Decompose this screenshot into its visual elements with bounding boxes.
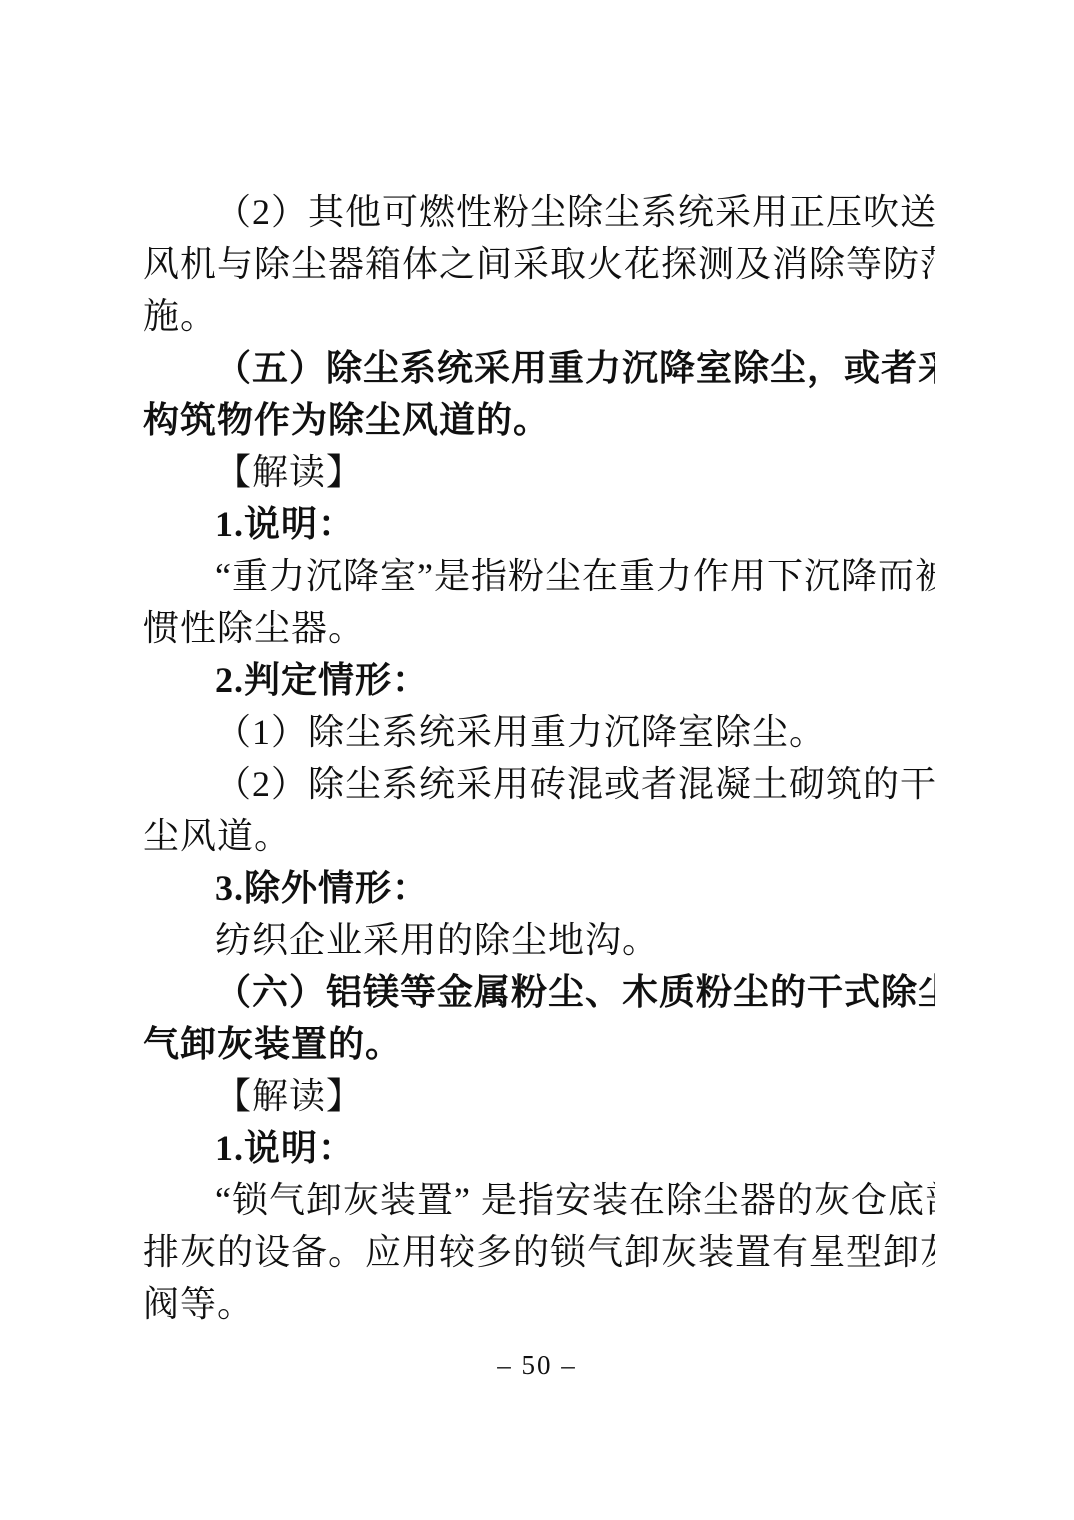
interpretation-label: 【解读】 bbox=[143, 1070, 935, 1122]
text-line: 尘风道。 bbox=[143, 810, 935, 862]
document-body: （2）其他可燃性粉尘除尘系统采用正压吹送粉尘时，未在 风机与除尘器箱体之间采取火… bbox=[143, 186, 935, 1330]
text-line: 施。 bbox=[143, 290, 935, 342]
text-line: “重力沉降室”是指粉尘在重力作用下沉降而被分离的一种 bbox=[143, 550, 935, 602]
text-line: “锁气卸灰装置” 是指安装在除尘器的灰仓底部,给除尘器 bbox=[143, 1174, 935, 1226]
interpretation-label: 【解读】 bbox=[143, 446, 935, 498]
subheading-line: 3.除外情形： bbox=[143, 862, 935, 914]
text-line: 风机与除尘器箱体之间采取火花探测及消除等防范点燃源措 bbox=[143, 238, 935, 290]
text-line: （1）除尘系统采用重力沉降室除尘。 bbox=[143, 706, 935, 758]
text-line: 阀等。 bbox=[143, 1278, 935, 1330]
document-page: （2）其他可燃性粉尘除尘系统采用正压吹送粉尘时，未在 风机与除尘器箱体之间采取火… bbox=[0, 0, 1074, 1520]
text-line: 纺织企业采用的除尘地沟。 bbox=[143, 914, 935, 966]
subheading-line: 1.说明： bbox=[143, 498, 935, 550]
page-number: – 50 – bbox=[0, 1350, 1074, 1381]
section-heading-line: 构筑物作为除尘风道的。 bbox=[143, 394, 935, 446]
subheading-line: 1.说明： bbox=[143, 1122, 935, 1174]
section-heading-line: （五）除尘系统采用重力沉降室除尘，或者采用干式巷道式 bbox=[143, 342, 935, 394]
section-heading-line: 气卸灰装置的。 bbox=[143, 1018, 935, 1070]
text-line: （2）除尘系统采用砖混或者混凝土砌筑的干式巷道作为除 bbox=[143, 758, 935, 810]
section-heading-line: （六）铝镁等金属粉尘、木质粉尘的干式除尘系统未设置锁 bbox=[143, 966, 935, 1018]
text-line: （2）其他可燃性粉尘除尘系统采用正压吹送粉尘时，未在 bbox=[143, 186, 935, 238]
text-line: 排灰的设备。应用较多的锁气卸灰装置有星型卸灰阀、双层闸板 bbox=[143, 1226, 935, 1278]
text-line: 惯性除尘器。 bbox=[143, 602, 935, 654]
subheading-line: 2.判定情形： bbox=[143, 654, 935, 706]
